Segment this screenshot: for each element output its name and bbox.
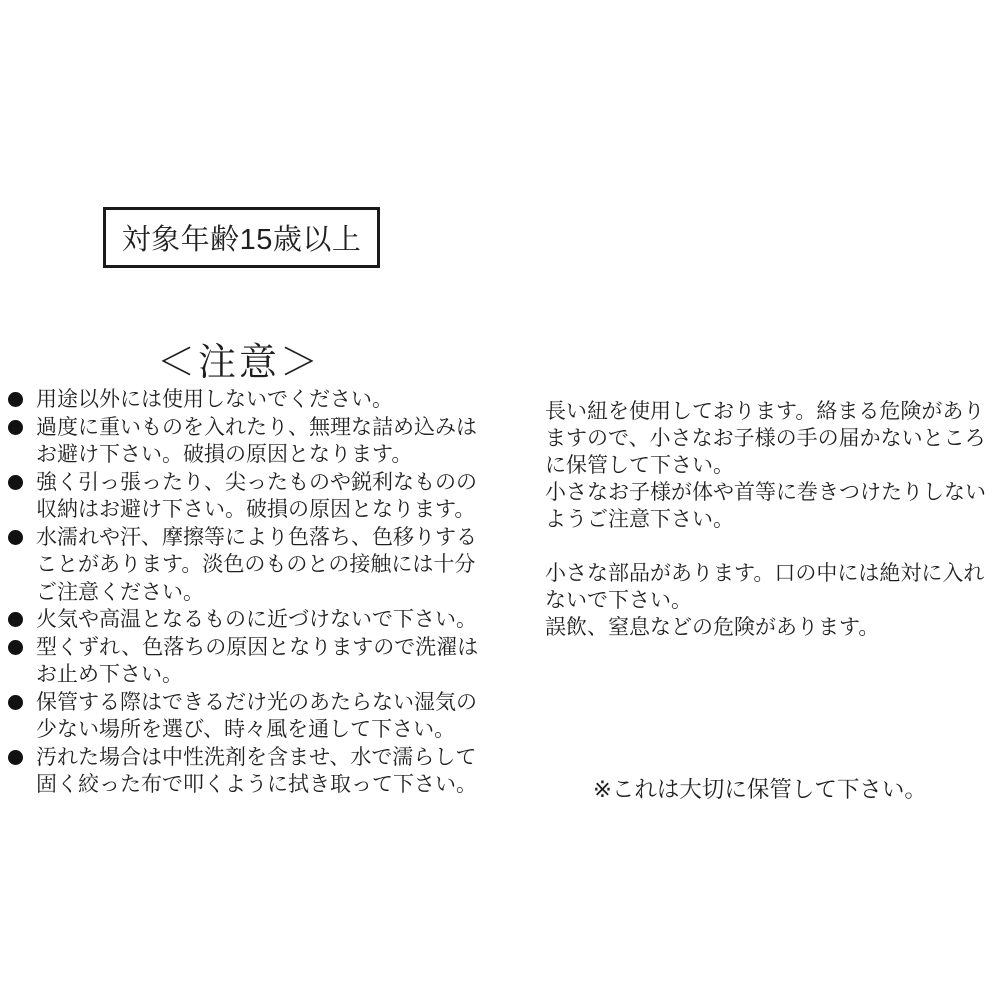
bullet-icon xyxy=(8,530,23,545)
age-restriction-box: 対象年齢15歳以上 xyxy=(103,207,380,268)
warning-item: 水濡れや汗、摩擦等により色落ち、色移りする ことがあります。淡色のものとの接触に… xyxy=(8,524,488,607)
warning-item: 過度に重いものを入れたり、無理な詰め込みは お避け下さい。破損の原因となります。 xyxy=(8,414,488,469)
bullet-icon xyxy=(8,475,23,490)
warning-text: 保管する際はできるだけ光のあたらない湿気の 少ない場所を選び、時々風を通して下さ… xyxy=(36,689,477,744)
bullet-icon xyxy=(8,392,23,407)
right-column-warnings: 長い紐を使用しております。絡まる危険があり ますので、小さなお子様の手の届かない… xyxy=(545,398,995,641)
cord-warning-paragraph: 長い紐を使用しております。絡まる危険があり ますので、小さなお子様の手の届かない… xyxy=(545,398,995,533)
warning-item: 火気や高温となるものに近づけないで下さい。 xyxy=(8,606,488,634)
warning-item: 保管する際はできるだけ光のあたらない湿気の 少ない場所を選び、時々風を通して下さ… xyxy=(8,689,488,744)
warning-text: 型くずれ、色落ちの原因となりますので洗濯は お止め下さい。 xyxy=(36,634,478,689)
caution-heading: ＜注意＞ xyxy=(118,331,360,386)
warning-text: 火気や高温となるものに近づけないで下さい。 xyxy=(36,606,477,634)
warning-text: 水濡れや汗、摩擦等により色落ち、色移りする ことがあります。淡色のものとの接触に… xyxy=(36,524,477,607)
warning-item: 用途以外には使用しないでください。 xyxy=(8,386,488,414)
warning-text: 汚れた場合は中性洗剤を含ませ、水で濡らして 固く絞った布で叩くように拭き取って下… xyxy=(36,744,477,799)
warning-text: 用途以外には使用しないでください。 xyxy=(36,386,393,414)
bullet-icon xyxy=(8,420,23,435)
warning-item: 汚れた場合は中性洗剤を含ませ、水で濡らして 固く絞った布で叩くように拭き取って下… xyxy=(8,744,488,799)
caution-label-page: 対象年齢15歳以上 ＜注意＞ 用途以外には使用しないでください。 過度に重いもの… xyxy=(0,0,1000,1000)
warning-text: 過度に重いものを入れたり、無理な詰め込みは お避け下さい。破損の原因となります。 xyxy=(36,414,477,469)
bullet-icon xyxy=(8,695,23,710)
warning-item: 型くずれ、色落ちの原因となりますので洗濯は お止め下さい。 xyxy=(8,634,488,689)
bullet-icon xyxy=(8,612,23,627)
bullet-icon xyxy=(8,640,23,655)
warning-item: 強く引っ張ったり、尖ったものや鋭利なものの 収納はお避け下さい。破損の原因となり… xyxy=(8,469,488,524)
small-parts-warning-paragraph: 小さな部品があります。口の中には絶対に入れ ないで下さい。 誤飲、窒息などの危険… xyxy=(545,560,995,641)
warnings-list: 用途以外には使用しないでください。 過度に重いものを入れたり、無理な詰め込みは … xyxy=(8,386,488,799)
age-restriction-label: 対象年齢15歳以上 xyxy=(122,217,362,258)
warning-text: 強く引っ張ったり、尖ったものや鋭利なものの 収納はお避け下さい。破損の原因となり… xyxy=(36,469,477,524)
bullet-icon xyxy=(8,750,23,765)
keep-this-note: ※これは大切に保管して下さい。 xyxy=(593,772,927,804)
